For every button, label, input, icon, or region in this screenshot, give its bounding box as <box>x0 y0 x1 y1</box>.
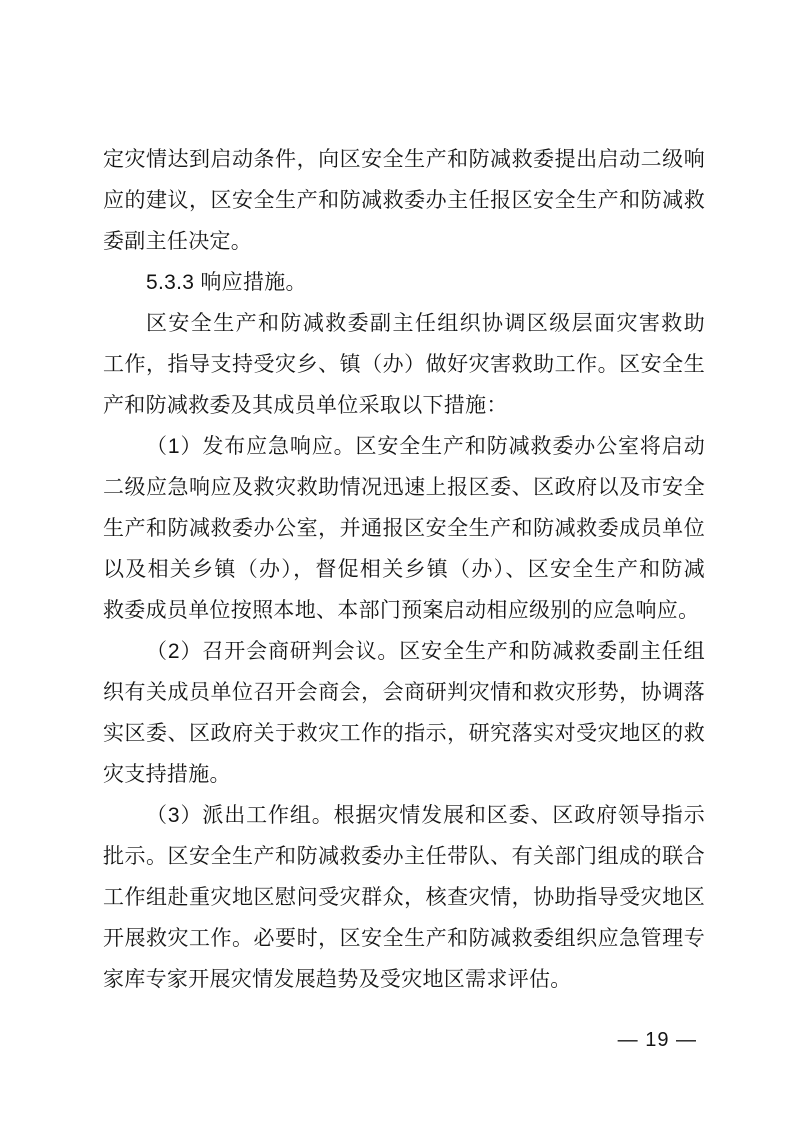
text-line: 灾支持措施。 <box>103 754 705 795</box>
text-line: 产和防减救委及其成员单位采取以下措施： <box>103 385 705 426</box>
document-page: 定灾情达到启动条件，向区安全生产和防减救委提出启动二级响应的建议，区安全生产和防… <box>0 0 793 1122</box>
text-line: （2）召开会商研判会议。区安全生产和防减救委副主任组 <box>103 631 705 672</box>
text-line: 以及相关乡镇（办），督促相关乡镇（办）、区安全生产和防减 <box>103 549 705 590</box>
text-line: 批示。区安全生产和防减救委办主任带队、有关部门组成的联合 <box>103 836 705 877</box>
text-line: 织有关成员单位召开会商会，会商研判灾情和救灾形势，协调落 <box>103 672 705 713</box>
page-number: — 19 — <box>618 1029 697 1051</box>
text-line: 生产和防减救委办公室，并通报区安全生产和防减救委成员单位 <box>103 508 705 549</box>
text-line: 工作，指导支持受灾乡、镇（办）做好灾害救助工作。区安全生 <box>103 344 705 385</box>
text-line: （3）派出工作组。根据灾情发展和区委、区政府领导指示 <box>103 795 705 836</box>
text-line: 定灾情达到启动条件，向区安全生产和防减救委提出启动二级响 <box>103 139 705 180</box>
text-line: 应的建议，区安全生产和防减救委办主任报区安全生产和防减救 <box>103 180 705 221</box>
document-body: 定灾情达到启动条件，向区安全生产和防减救委提出启动二级响应的建议，区安全生产和防… <box>103 139 705 1000</box>
text-line: 家库专家开展灾情发展趋势及受灾地区需求评估。 <box>103 959 705 1000</box>
text-line: 区安全生产和防减救委副主任组织协调区级层面灾害救助 <box>103 303 705 344</box>
text-line: 委副主任决定。 <box>103 221 705 262</box>
text-line: 工作组赴重灾地区慰问受灾群众，核查灾情，协助指导受灾地区 <box>103 877 705 918</box>
text-line: （1）发布应急响应。区安全生产和防减救委办公室将启动 <box>103 426 705 467</box>
section-heading: 5.3.3 响应措施。 <box>103 262 705 303</box>
text-line: 救委成员单位按照本地、本部门预案启动相应级别的应急响应。 <box>103 590 705 631</box>
text-line: 二级应急响应及救灾救助情况迅速上报区委、区政府以及市安全 <box>103 467 705 508</box>
page-footer: — 19 — <box>618 1029 697 1052</box>
text-line: 实区委、区政府关于救灾工作的指示，研究落实对受灾地区的救 <box>103 713 705 754</box>
text-line: 开展救灾工作。必要时，区安全生产和防减救委组织应急管理专 <box>103 918 705 959</box>
